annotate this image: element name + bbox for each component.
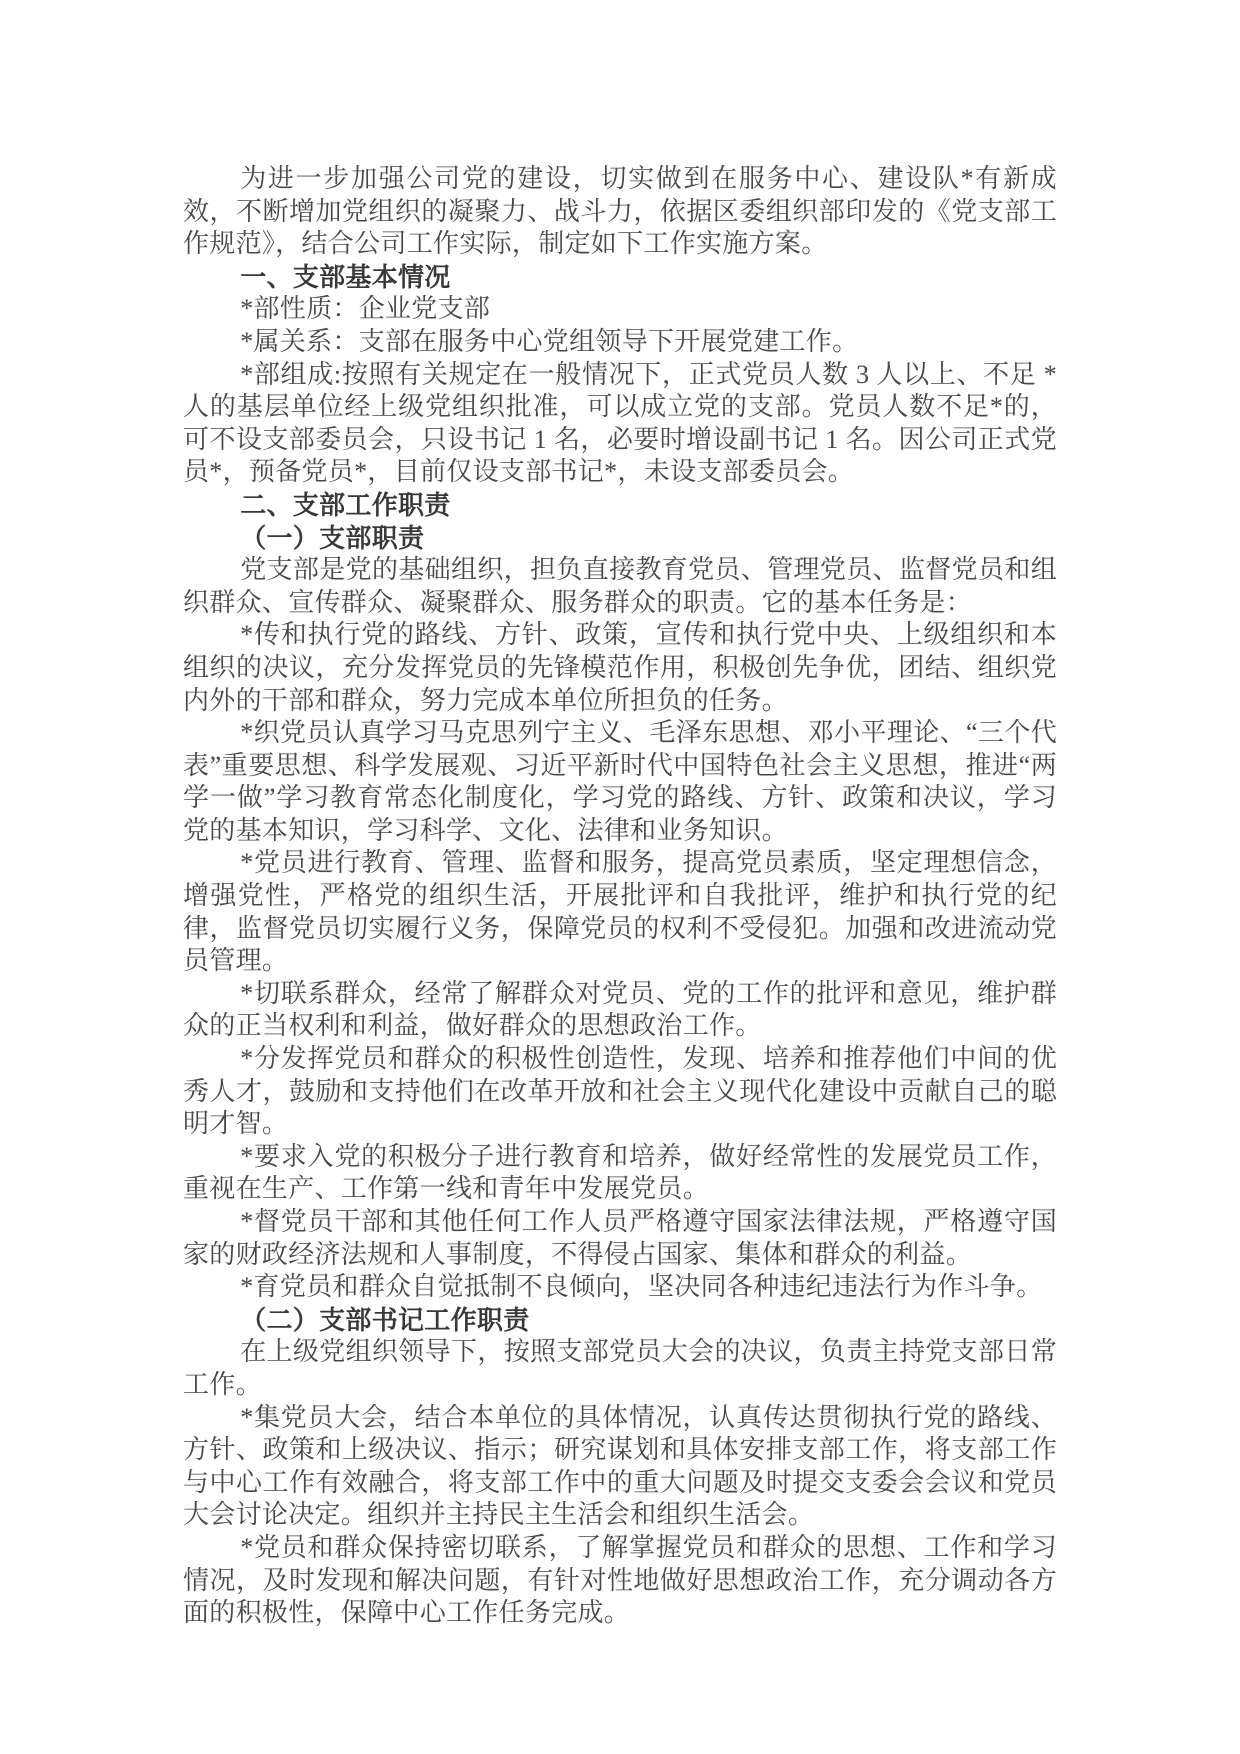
paragraph: 在上级党组织领导下，按照支部党员大会的决议，负责主持党支部日常工作。 xyxy=(183,1336,1057,1401)
paragraph: *分发挥党员和群众的积极性创造性，发现、培养和推荐他们中间的优秀人才，鼓励和支持… xyxy=(183,1043,1057,1141)
paragraph: *党员进行教育、管理、监督和服务，提高党员素质，坚定理想信念，增强党性，严格党的… xyxy=(183,847,1057,977)
subsection-heading: （二）支部书记工作职责 xyxy=(183,1304,1057,1337)
paragraph: *属关系：支部在服务中心党组领导下开展党建工作。 xyxy=(183,326,1057,359)
paragraph: *切联系群众，经常了解群众对党员、党的工作的批评和意见，维护群众的正当权利和利益… xyxy=(183,978,1057,1043)
paragraph: *传和执行党的路线、方针、政策，宣传和执行党中央、上级组织和本组织的决议，充分发… xyxy=(183,619,1057,717)
subsection-heading: （一）支部职责 xyxy=(183,522,1057,555)
paragraph: *织党员认真学习马克思列宁主义、毛泽东思想、邓小平理论、“三个代表”重要思想、科… xyxy=(183,717,1057,847)
section-heading: 二、支部工作职责 xyxy=(183,489,1057,522)
paragraph: *要求入党的积极分子进行教育和培养，做好经常性的发展党员工作，重视在生产、工作第… xyxy=(183,1141,1057,1206)
paragraph: *部组成:按照有关规定在一般情况下，正式党员人数 3 人以上、不足 *人的基层单… xyxy=(183,359,1057,489)
paragraph: *督党员干部和其他任何工作人员严格遵守国家法律法规，严格遵守国家的财政经济法规和… xyxy=(183,1206,1057,1271)
paragraph: *部性质：企业党支部 xyxy=(183,293,1057,326)
paragraph: 为进一步加强公司党的建设，切实做到在服务中心、建设队*有新成效，不断增加党组织的… xyxy=(183,163,1057,261)
paragraph: 党支部是党的基础组织，担负直接教育党员、管理党员、监督党员和组织群众、宣传群众、… xyxy=(183,554,1057,619)
section-heading: 一、支部基本情况 xyxy=(183,261,1057,294)
paragraph: *党员和群众保持密切联系，了解掌握党员和群众的思想、工作和学习情况，及时发现和解… xyxy=(183,1532,1057,1630)
paragraph: *集党员大会，结合本单位的具体情况，认真传达贯彻执行党的路线、方针、政策和上级决… xyxy=(183,1402,1057,1532)
paragraph: *育党员和群众自觉抵制不良倾向，坚决同各种违纪违法行为作斗争。 xyxy=(183,1271,1057,1304)
document-content: 为进一步加强公司党的建设，切实做到在服务中心、建设队*有新成效，不断增加党组织的… xyxy=(183,163,1057,1630)
document-page: 为进一步加强公司党的建设，切实做到在服务中心、建设队*有新成效，不断增加党组织的… xyxy=(0,0,1240,1754)
